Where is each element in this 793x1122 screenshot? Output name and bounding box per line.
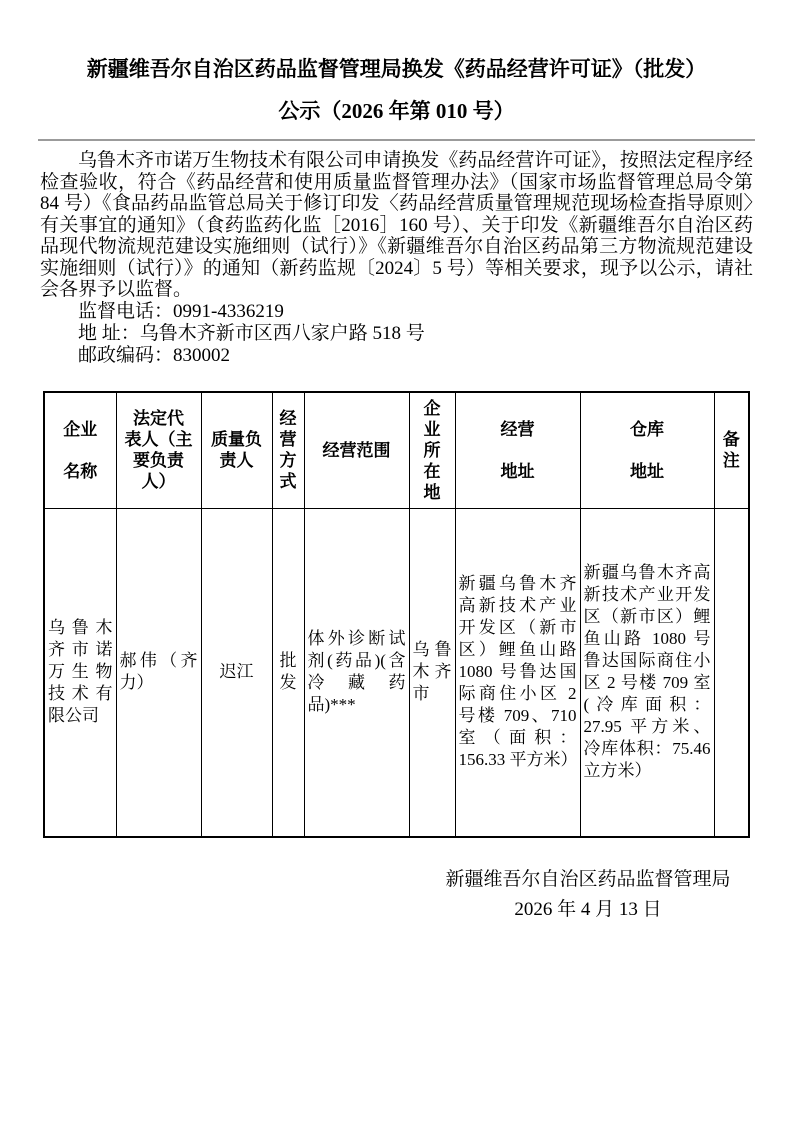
col-header-business-mode: 经 营 方 式 bbox=[272, 392, 304, 509]
document-page: 新疆维吾尔自治区药品监督管理局换发《药品经营许可证》（批发） 公示（2026 年… bbox=[0, 0, 793, 1122]
cell-remark bbox=[714, 509, 749, 837]
page-title-line-1: 新疆维吾尔自治区药品监督管理局换发《药品经营许可证》（批发） bbox=[40, 48, 753, 90]
col-header-remark: 备 注 bbox=[714, 392, 749, 509]
supervision-phone-line: 监督电话：0991-4336219 bbox=[78, 301, 753, 323]
table-header-row: 企业 名称 法定代 表人（主 要负责 人） 质量负 责人 经 营 方 式 经营范… bbox=[44, 392, 749, 509]
table-row: 乌鲁木齐市诺万生物技术有限公司 郝伟（齐力） 迟江 批发 体外诊断试剂(药品)(… bbox=[44, 509, 749, 837]
title-divider bbox=[38, 139, 755, 141]
page-title-line-2: 公示（2026 年第 010 号） bbox=[40, 90, 753, 132]
cell-company-location: 乌鲁木齐市 bbox=[409, 509, 455, 837]
col-header-legal-representative: 法定代 表人（主 要负责 人） bbox=[116, 392, 201, 509]
notice-paragraph: 乌鲁木齐市诺万生物技术有限公司申请换发《药品经营许可证》，按照法定程序经检查验收… bbox=[40, 150, 753, 301]
cell-business-mode: 批发 bbox=[272, 509, 304, 837]
cell-business-address: 新疆乌鲁木齐高新技术产业开发区（新市区）鲤鱼山路 1080 号鲁达国际商住小区 … bbox=[455, 509, 580, 837]
cell-company-name: 乌鲁木齐市诺万生物技术有限公司 bbox=[44, 509, 116, 837]
page-title: 新疆维吾尔自治区药品监督管理局换发《药品经营许可证》（批发） 公示（2026 年… bbox=[40, 48, 753, 132]
col-header-business-scope: 经营范围 bbox=[304, 392, 409, 509]
footer-issuer: 新疆维吾尔自治区药品监督管理局 bbox=[418, 865, 758, 895]
signature-block: 新疆维吾尔自治区药品监督管理局 2026 年 4 月 13 日 bbox=[418, 865, 758, 925]
cell-legal-representative: 郝伟（齐力） bbox=[116, 509, 201, 837]
col-header-company-location: 企 业 所 在 地 bbox=[409, 392, 455, 509]
cell-warehouse-address: 新疆乌鲁木齐高新技术产业开发区（新市区）鲤鱼山路 1080 号鲁达国际商住小区 … bbox=[580, 509, 714, 837]
address-line: 地 址：乌鲁木齐新市区西八家户路 518 号 bbox=[78, 323, 753, 345]
col-header-business-address: 经营 地址 bbox=[455, 392, 580, 509]
cell-quality-head: 迟江 bbox=[201, 509, 272, 837]
postal-code-line: 邮政编码：830002 bbox=[78, 345, 753, 367]
cell-business-scope: 体外诊断试剂(药品)(含冷藏药品)*** bbox=[304, 509, 409, 837]
license-table: 企业 名称 法定代 表人（主 要负责 人） 质量负 责人 经 营 方 式 经营范… bbox=[43, 391, 750, 838]
contact-info: 监督电话：0991-4336219 地 址：乌鲁木齐新市区西八家户路 518 号… bbox=[40, 301, 753, 367]
footer-date: 2026 年 4 月 13 日 bbox=[418, 895, 758, 925]
col-header-quality-head: 质量负 责人 bbox=[201, 392, 272, 509]
col-header-warehouse-address: 仓库 地址 bbox=[580, 392, 714, 509]
col-header-company-name: 企业 名称 bbox=[44, 392, 116, 509]
